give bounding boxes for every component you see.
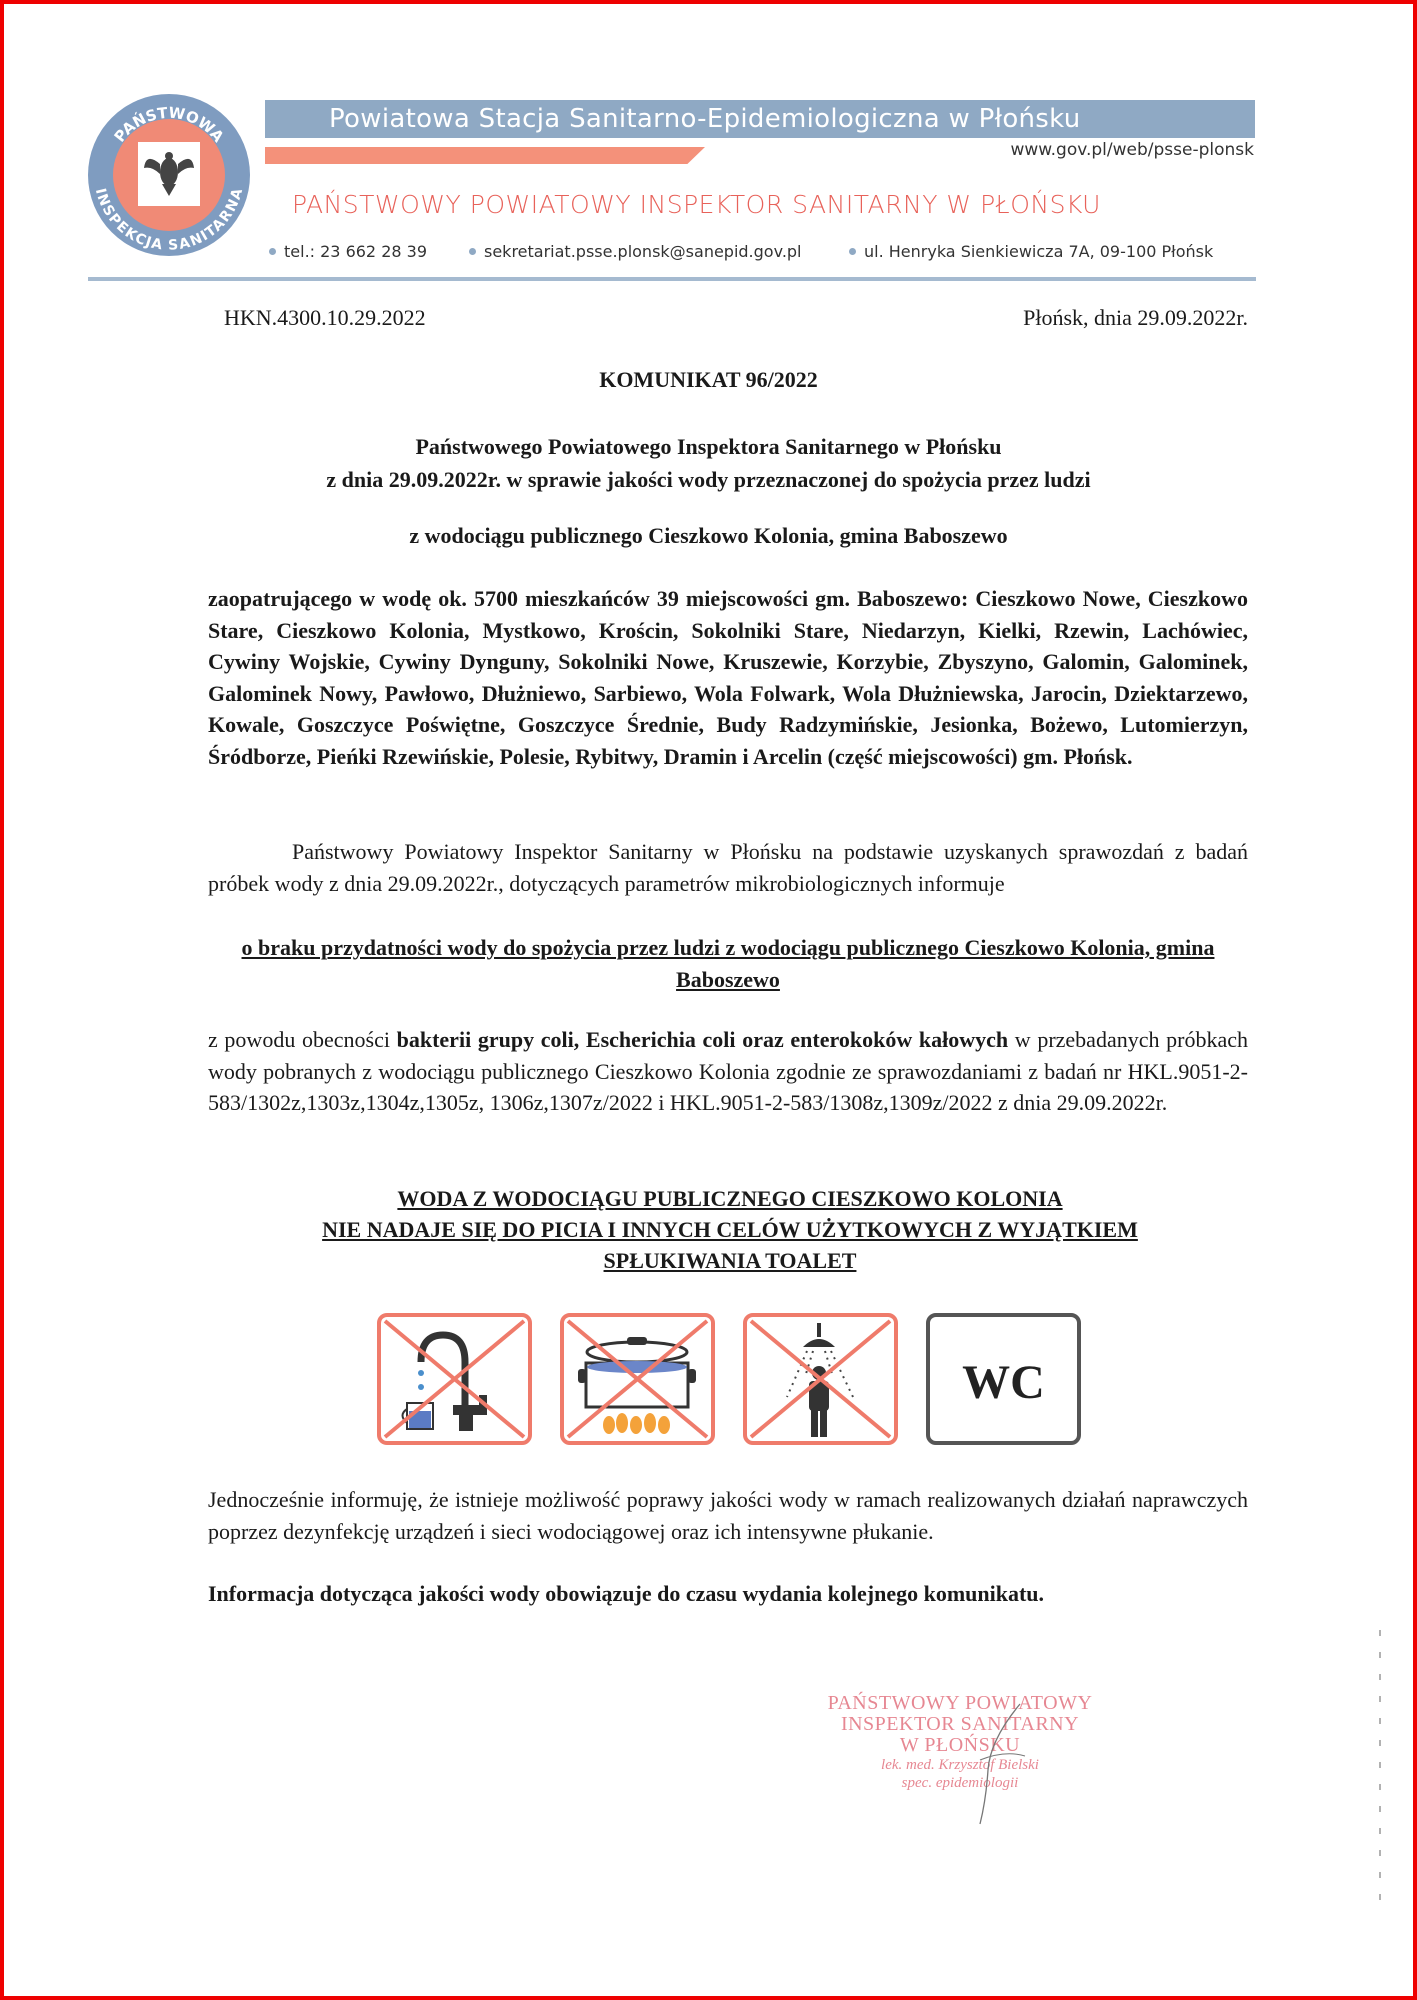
warning-line: NIE NADAJE SIĘ DO PICIA I INNYCH CELÓW U…: [200, 1214, 1260, 1245]
logo-emblem-icon: PAŃSTWOWA INSPEKCJA SANITARNA: [86, 92, 252, 258]
institution-name: Powiatowa Stacja Sanitarno-Epidemiologic…: [265, 100, 1255, 138]
contact-address: ul. Henryka Sienkiewicza 7A, 09-100 Płoń…: [849, 242, 1213, 261]
water-supply-name: z wodociągu publicznego Cieszkowo Koloni…: [0, 523, 1417, 549]
no-shower-icon: [743, 1313, 898, 1445]
bacteria-list: bakterii grupy coli, Escherichia coli or…: [397, 1027, 1008, 1052]
pictogram-row: WC: [377, 1313, 1081, 1445]
page-frame: [0, 0, 1417, 2000]
reason-paragraph: z powodu obecności bakterii grupy coli, …: [208, 1024, 1248, 1119]
header-accent-bar: [265, 147, 705, 164]
email-text[interactable]: sekretariat.psse.plonsk@sanepid.gov.pl: [484, 242, 802, 261]
subtitle-line: Państwowego Powiatowego Inspektora Sanit…: [0, 430, 1417, 463]
validity-notice: Informacja dotycząca jakości wody obowią…: [208, 1578, 1248, 1610]
warning-line: SPŁUKIWANIA TOALET: [200, 1245, 1260, 1276]
verdict-statement: o braku przydatności wody do spożycia pr…: [208, 932, 1248, 995]
subtitle-line: z dnia 29.09.2022r. w sprawie jakości wo…: [0, 463, 1417, 496]
phone-text: tel.: 23 662 28 39: [284, 242, 427, 261]
place-date: Płońsk, dnia 29.09.2022r.: [1023, 305, 1248, 331]
document-reference: HKN.4300.10.29.2022: [224, 305, 426, 331]
warning-line: WODA Z WODOCIĄGU PUBLICZNEGO CIESZKOWO K…: [200, 1183, 1260, 1214]
contact-phone: tel.: 23 662 28 39: [269, 242, 469, 261]
bullet-icon: [269, 248, 276, 255]
address-text: ul. Henryka Sienkiewicza 7A, 09-100 Płoń…: [864, 242, 1213, 261]
reason-prefix: z powodu obecności: [208, 1027, 397, 1052]
document-subtitle: Państwowego Powiatowego Inspektora Sanit…: [0, 430, 1417, 496]
wc-icon: WC: [926, 1313, 1081, 1445]
contact-info: tel.: 23 662 28 39 sekretariat.psse.plon…: [265, 242, 1255, 261]
inspector-title: PAŃSTWOWY POWIATOWY INSPEKTOR SANITARNY …: [292, 190, 1101, 219]
inspector-paragraph-text: Państwowy Powiatowy Inspektor Sanitarny …: [208, 839, 1248, 896]
bullet-icon: [469, 248, 476, 255]
scan-edge-marks: [1379, 1630, 1381, 1910]
bullet-icon: [849, 248, 856, 255]
signature-icon: [950, 1700, 1050, 1830]
warning-statement: WODA Z WODOCIĄGU PUBLICZNEGO CIESZKOWO K…: [200, 1183, 1260, 1276]
no-cooking-pot-icon: [560, 1313, 715, 1445]
no-drinking-tap-icon: [377, 1313, 532, 1445]
sanitary-inspection-logo: PAŃSTWOWA INSPEKCJA SANITARNA: [86, 92, 252, 258]
inspector-paragraph: Państwowy Powiatowy Inspektor Sanitarny …: [208, 836, 1248, 899]
towns-paragraph: zaopatrującego w wodę ok. 5700 mieszkańc…: [208, 583, 1248, 772]
website-link[interactable]: www.gov.pl/web/psse-plonsk: [1010, 140, 1254, 160]
contact-email[interactable]: sekretariat.psse.plonsk@sanepid.gov.pl: [469, 242, 849, 261]
info-paragraph: Jednocześnie informuję, że istnieje możl…: [208, 1484, 1248, 1547]
wc-label: WC: [930, 1355, 1077, 1410]
header-divider: [88, 277, 1256, 281]
document-title: KOMUNIKAT 96/2022: [0, 367, 1417, 393]
